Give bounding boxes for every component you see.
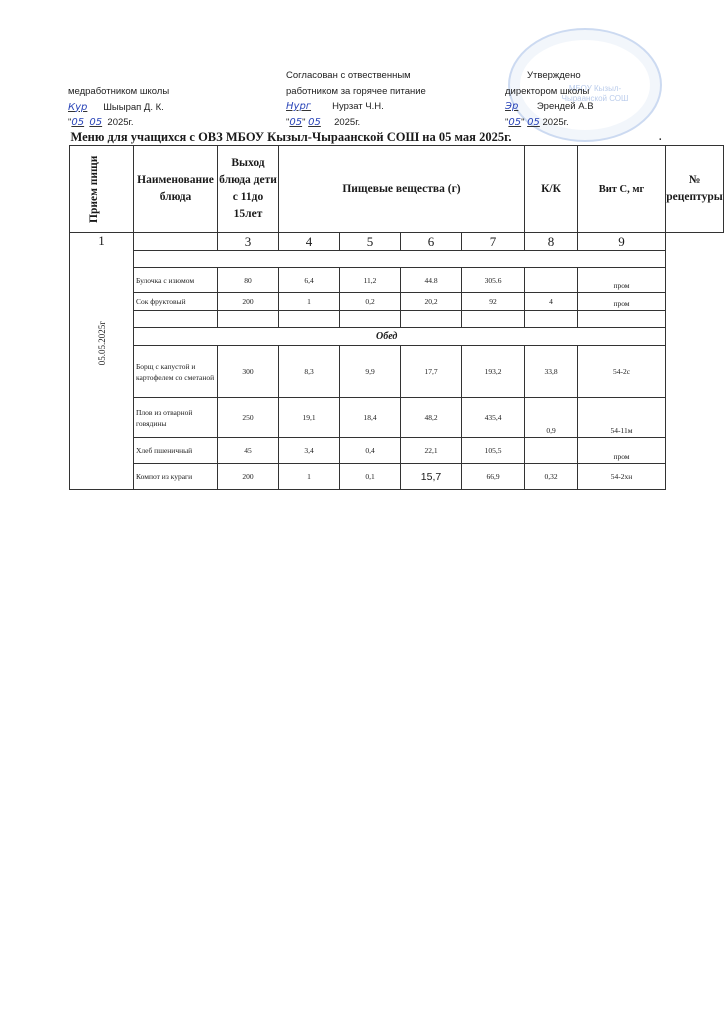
signature-block-medic: медработником школы Кур Шыырап Д. К. "05…: [68, 84, 169, 131]
dish-protein: 1: [279, 464, 340, 490]
header-recipe-no: № рецептуры: [666, 146, 724, 233]
dish-recipe: пром: [578, 293, 666, 311]
table-row: Компот из кураги 200 1 0,1 15,7 66,9 0,3…: [70, 464, 724, 490]
dish-carbs: 44.8: [401, 268, 462, 293]
dish-protein: 8,3: [279, 346, 340, 398]
dish-yield: 200: [218, 293, 279, 311]
director-name: Эрендей А.В: [537, 101, 594, 112]
director-day: 05: [508, 117, 521, 128]
dish-yield: 45: [218, 438, 279, 464]
dish-carbs: 15,7: [401, 464, 462, 490]
dish-kcal: 66,9: [462, 464, 525, 490]
column-number-8: 8: [525, 233, 578, 251]
medic-role: медработником школы: [68, 84, 169, 100]
column-number-7: 7: [462, 233, 525, 251]
title-mark: .: [659, 132, 662, 143]
column-number-5: 5: [340, 233, 401, 251]
medic-name: Шыырап Д. К.: [103, 102, 164, 113]
dish-protein: 3,4: [279, 438, 340, 464]
dish-name: Компот из кураги: [134, 464, 218, 490]
header-dish-name: Наименование блюда: [134, 146, 218, 233]
table-row: Булочка с изюмом 80 6,4 11,2 44.8 305.6 …: [70, 268, 724, 293]
dish-protein: 19,1: [279, 398, 340, 438]
director-year: 2025г.: [543, 117, 569, 128]
column-number-6: 6: [401, 233, 462, 251]
food-officer-signature: Нург: [286, 101, 311, 112]
director-approved: Утверждено: [505, 68, 594, 84]
food-officer-year: 2025г.: [334, 117, 360, 128]
dish-yield: 300: [218, 346, 279, 398]
dish-name: Борщ с капустой и картофелем со сметаной: [134, 346, 218, 398]
table-row: Плов из отварной говядины 250 19,1 18,4 …: [70, 398, 724, 438]
signature-block-director: Утверждено директором школы Эр Эрендей А…: [505, 68, 594, 130]
menu-table: Меню для учащихся с ОВЗ МБОУ Кызыл-Чыраа…: [69, 130, 724, 490]
medic-signature: Кур: [68, 102, 87, 113]
dish-recipe: 54-2хн: [578, 464, 666, 490]
column-number-9: 9: [578, 233, 666, 251]
column-number-4: 4: [279, 233, 340, 251]
director-month: 05: [527, 117, 540, 128]
dish-fat: 9,9: [340, 346, 401, 398]
dish-fat: 18,4: [340, 398, 401, 438]
column-number-1: 1: [70, 233, 133, 249]
dish-yield: 80: [218, 268, 279, 293]
dish-kcal: 305.6: [462, 268, 525, 293]
dish-carbs: 22,1: [401, 438, 462, 464]
director-signature: Эр: [505, 101, 518, 112]
dish-recipe: 54-11м: [578, 398, 666, 438]
food-officer-role-1: Согласован с отвественным: [286, 68, 426, 84]
dish-carbs: 48,2: [401, 398, 462, 438]
director-role: директором школы: [505, 84, 594, 100]
dish-recipe: пром: [578, 268, 666, 293]
dish-name: Плов из отварной говядины: [134, 398, 218, 438]
dish-kcal: 105,5: [462, 438, 525, 464]
dish-vit-c: [525, 438, 578, 464]
food-officer-role-2: работником за горячее питание: [286, 84, 426, 100]
column-number-2: [134, 233, 218, 251]
empty-row: [70, 311, 724, 328]
header-kk: К/К: [525, 146, 578, 233]
dish-vit-c: [525, 268, 578, 293]
header-meal: Прием пищи: [70, 146, 134, 233]
lunch-label: Обед: [134, 328, 666, 346]
meal-column: 1 05.05.2025г: [70, 233, 134, 490]
dish-vit-c: 0,32: [525, 464, 578, 490]
food-officer-month: 05: [308, 117, 321, 128]
medic-day: 05: [71, 117, 84, 128]
dish-fat: 0,4: [340, 438, 401, 464]
dish-name: Булочка с изюмом: [134, 268, 218, 293]
medic-month: 05: [89, 117, 102, 128]
dish-name: Хлеб пшеничный: [134, 438, 218, 464]
breakfast-label-row: [134, 251, 666, 268]
food-officer-day: 05: [289, 117, 302, 128]
food-officer-name: Нурзат Ч.Н.: [332, 101, 384, 112]
table-row: Борщ с капустой и картофелем со сметаной…: [70, 346, 724, 398]
dish-recipe: пром: [578, 438, 666, 464]
dish-fat: 11,2: [340, 268, 401, 293]
dish-fat: 0,2: [340, 293, 401, 311]
table-row: Сок фруктовый 200 1 0,2 20,2 92 4 пром: [70, 293, 724, 311]
header-vit-c: Вит С, мг: [578, 146, 666, 233]
dish-yield: 200: [218, 464, 279, 490]
dish-vit-c: 4: [525, 293, 578, 311]
dish-carbs: 20,2: [401, 293, 462, 311]
dish-vit-c: 33,8: [525, 346, 578, 398]
dish-protein: 1: [279, 293, 340, 311]
header-meal-text: Прием пищи: [88, 154, 116, 224]
column-number-3: 3: [218, 233, 279, 251]
dish-name: Сок фруктовый: [134, 293, 218, 311]
signature-block-food-officer: Согласован с отвественным работником за …: [286, 68, 426, 130]
dish-protein: 6,4: [279, 268, 340, 293]
menu-title: Меню для учащихся с ОВЗ МБОУ Кызыл-Чыраа…: [70, 130, 666, 146]
menu-title-text: Меню для учащихся с ОВЗ МБОУ Кызыл-Чыраа…: [71, 130, 512, 144]
header-nutrients: Пищевые вещества (г): [279, 146, 525, 233]
dish-vit-c: 0,9: [525, 398, 578, 438]
dish-recipe: 54-2с: [578, 346, 666, 398]
dish-carbs: 17,7: [401, 346, 462, 398]
header-yield: Выход блюда дети с 11до 15лет: [218, 146, 279, 233]
dish-kcal: 92: [462, 293, 525, 311]
dish-yield: 250: [218, 398, 279, 438]
dish-kcal: 435,4: [462, 398, 525, 438]
menu-date: 05.05.2025г: [97, 321, 107, 365]
table-row: Хлеб пшеничный 45 3,4 0,4 22,1 105,5 про…: [70, 438, 724, 464]
dish-fat: 0,1: [340, 464, 401, 490]
dish-kcal: 193,2: [462, 346, 525, 398]
medic-year: 2025г.: [107, 117, 133, 128]
